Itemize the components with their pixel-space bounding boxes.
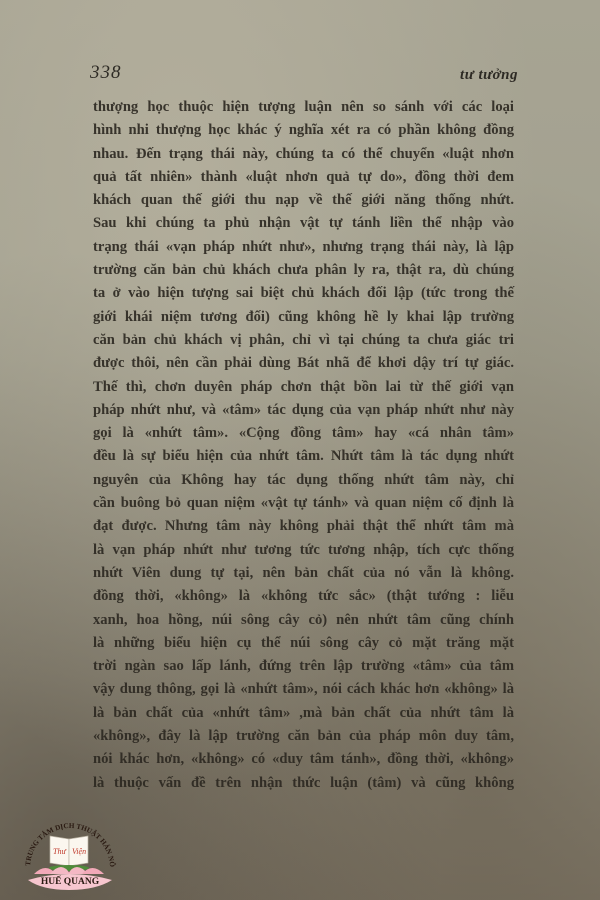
- text-line: vậy dung thông, gọi là «nhứt tâm», nói c…: [93, 678, 514, 701]
- text-line: là những biểu hiện cụ thể núi sông cây c…: [93, 632, 514, 655]
- running-head: tư tưởng: [460, 67, 518, 84]
- text-line: trời ngàn sao lấp lánh, đứng trên lập tr…: [93, 655, 514, 678]
- text-line: là thuộc vấn đề trên nhận thức luận (tâm…: [93, 772, 514, 795]
- text-line: «không», đây là lập trường căn bản của p…: [93, 725, 514, 748]
- text-line: trạng thái «vạn pháp nhứt như», nhưng tr…: [93, 236, 514, 259]
- text-line: căn bản chủ khách vị phân, chỉ vì tại ch…: [93, 329, 514, 352]
- text-line: là vạn pháp nhứt như tương tức tương nhậ…: [93, 539, 514, 562]
- text-line: gọi là «nhứt tâm». «Cộng đồng tâm» hay «…: [93, 422, 514, 445]
- text-line: đều là sự biểu hiện của nhứt tâm. Nhứt t…: [93, 445, 514, 468]
- logo-book-right: Viện: [72, 847, 86, 856]
- text-line: quả tất nhiên» thành «luật nhơn quả tự d…: [93, 166, 514, 189]
- page-header: 338 tư tưởng: [90, 58, 518, 84]
- text-line: là bản chất của «nhứt tâm» ,mà bản chất …: [93, 702, 514, 725]
- text-line: pháp nhứt như, và «tâm» tác dụng của vạn…: [93, 399, 514, 422]
- text-line: cần buông bỏ quan niệm «vật tự tánh» và …: [93, 492, 514, 515]
- text-line: Thế thì, chơn duyên pháp chơn thật bồn l…: [93, 376, 514, 399]
- text-line: đồng thời, «không» là «không tức sắc» (t…: [93, 585, 514, 608]
- text-line: trường căn bản chủ khách chưa phân ly ra…: [93, 259, 514, 282]
- text-line: nói khác hơn, «không» có «duy tâm tánh»,…: [93, 748, 514, 771]
- text-line: được thôi, nên cần phải dùng Bát nhã để …: [93, 352, 514, 375]
- text-line: ta ở vào hiện tượng sai biệt chủ khách đ…: [93, 282, 514, 305]
- scanned-book-page: 338 tư tưởng thượng học thuộc hiện tượng…: [0, 0, 600, 900]
- text-line: khách quan thế giới thu nạp về thế giới …: [93, 189, 514, 212]
- hue-quang-logo: TRUNG TÂM DỊCH THUẬT HÁN NÔM Thư Viện HU…: [16, 816, 124, 896]
- text-line: xanh, hoa hồng, núi sông cây cỏ) nên nhứ…: [93, 609, 514, 632]
- text-line: hình nhi thượng học khác ý nghĩa xét ra …: [93, 119, 514, 142]
- text-line: Sau khi chúng ta phủ nhận vật tự tánh li…: [93, 212, 514, 235]
- text-line: nhứt Viên dung tự tại, nên bản chất của …: [93, 562, 514, 585]
- text-line: nguyên của Không hay tác dụng thống nhứt…: [93, 469, 514, 492]
- text-line: giới khái niệm tương đối) cũng không hề …: [93, 306, 514, 329]
- text-line: đạt được. Nhưng tâm này không phải thật …: [93, 515, 514, 538]
- text-line: thượng học thuộc hiện tượng luận nên so …: [93, 96, 514, 119]
- page-number: 338: [90, 62, 122, 84]
- lotus-book-logo-icon: TRUNG TÂM DỊCH THUẬT HÁN NÔM Thư Viện HU…: [16, 816, 124, 896]
- body-text: thượng học thuộc hiện tượng luận nên so …: [93, 96, 514, 795]
- logo-book-left: Thư: [53, 847, 66, 856]
- text-line: nhau. Đến trạng thái này, chúng ta có th…: [93, 143, 514, 166]
